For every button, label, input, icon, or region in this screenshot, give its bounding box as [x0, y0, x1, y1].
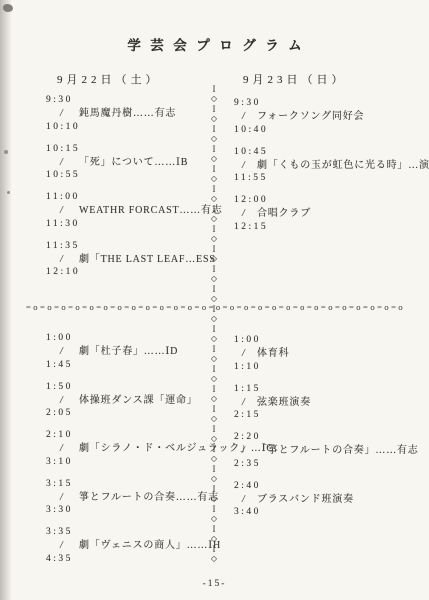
- start-time: 10:45: [232, 146, 424, 159]
- duration-slash-icon: /: [60, 107, 79, 121]
- date-heading-sun: 9月23日（日）: [243, 71, 347, 87]
- end-time: 1:10: [232, 361, 424, 374]
- page-title: 学芸会プログラム: [0, 34, 429, 54]
- program-row: /鈍馬魔丹樹……有志: [44, 107, 216, 121]
- end-time: 2:05: [44, 407, 216, 420]
- end-time: 10:10: [44, 121, 216, 134]
- program-title: 合唱クラブ: [257, 207, 311, 221]
- program-row: /劇「くもの玉が虹色に光る時」…演劇班: [232, 159, 424, 173]
- program-entry: 10:45/劇「くもの玉が虹色に光る時」…演劇班11:55: [232, 146, 424, 186]
- start-time: 1:00: [44, 332, 216, 345]
- start-time: 3:35: [44, 526, 216, 539]
- program-entry: 2:10/劇「シラノ・ド・ベルジュラック」…ⅠC3:10: [44, 429, 216, 469]
- scan-artifact-speck: [7, 191, 10, 194]
- session-sun-morning: 9:30/フォークソング同好会10:4010:45/劇「くもの玉が虹色に光る時」…: [232, 97, 424, 243]
- duration-slash-icon: /: [242, 493, 257, 507]
- end-time: 2:15: [232, 409, 424, 422]
- start-time: 1:15: [232, 383, 424, 396]
- program-entry: 1:00/体育科1:10: [232, 334, 424, 374]
- end-time: 1:45: [44, 359, 216, 372]
- end-time: 3:10: [44, 456, 216, 469]
- program-entry: 10:15/「死」について……ⅠB10:55: [44, 143, 216, 183]
- program-row: /劇「THE LAST LEAF…ESS: [44, 253, 216, 267]
- end-time: 4:35: [44, 553, 216, 566]
- program-row: /箏とフルートの合奏……有志: [44, 491, 216, 505]
- program-entry: 2:40/ブラスバンド班演奏3:40: [232, 480, 424, 520]
- scan-artifact-corner: [3, 4, 13, 12]
- program-title: 劇「くもの玉が虹色に光る時」…演劇班: [257, 159, 429, 173]
- program-title: 体操班ダンス課「運命」: [79, 394, 198, 408]
- program-row: /WEATHR FORCAST……有志: [44, 204, 216, 218]
- program-entry: 9:30/鈍馬魔丹樹……有志10:10: [44, 94, 216, 134]
- program-title: 弦楽班演奏: [257, 396, 311, 410]
- start-time: 2:10: [44, 429, 216, 442]
- session-sat-morning: 9:30/鈍馬魔丹樹……有志10:1010:15/「死」について……ⅠB10:5…: [44, 94, 216, 288]
- duration-slash-icon: /: [60, 491, 79, 505]
- program-row: /「死」について……ⅠB: [44, 156, 216, 170]
- scan-artifact-speck: [4, 150, 8, 154]
- start-time: 11:00: [44, 191, 216, 204]
- program-row: /弦楽班演奏: [232, 396, 424, 410]
- program-entry: 12:00/合唱クラブ12:15: [232, 194, 424, 234]
- program-title: 劇「杜子春」……ⅠD: [79, 345, 178, 359]
- duration-slash-icon: /: [60, 442, 79, 456]
- end-time: 10:40: [232, 124, 424, 137]
- end-time: 2:35: [232, 458, 424, 471]
- program-title: 「箏とフルートの合奏」……有志: [257, 444, 419, 458]
- scan-edge-shadow: [0, 0, 12, 600]
- start-time: 2:20: [232, 431, 424, 444]
- program-row: /体育科: [232, 347, 424, 361]
- program-title: ブラスバンド班演奏: [257, 493, 354, 507]
- page-number: -15-: [0, 579, 429, 589]
- start-time: 11:35: [44, 240, 216, 253]
- start-time: 1:00: [232, 334, 424, 347]
- scanned-program-page: 学芸会プログラム 9月22日（土） 9月23日（日） I◇I◇I◇I◇I◇I◇I…: [0, 0, 429, 600]
- program-row: /フォークソング同好会: [232, 110, 424, 124]
- program-row: /体操班ダンス課「運命」: [44, 394, 216, 408]
- program-title: 鈍馬魔丹樹……有志: [79, 107, 176, 121]
- program-title: 劇「THE LAST LEAF…ESS: [79, 253, 216, 267]
- start-time: 9:30: [232, 97, 424, 110]
- start-time: 2:40: [232, 480, 424, 493]
- divider-diamond-icon: ◇: [211, 314, 217, 324]
- program-entry: 1:00/劇「杜子春」……ⅠD1:45: [44, 332, 216, 372]
- start-time: 10:15: [44, 143, 216, 156]
- duration-slash-icon: /: [242, 396, 257, 410]
- program-row: /劇「杜子春」……ⅠD: [44, 345, 216, 359]
- program-title: 「死」について……ⅠB: [79, 156, 188, 170]
- program-row: /劇「シラノ・ド・ベルジュラック」…ⅠC: [44, 442, 216, 456]
- duration-slash-icon: /: [60, 253, 79, 267]
- end-time: 11:30: [44, 218, 216, 231]
- duration-slash-icon: /: [60, 345, 79, 359]
- duration-slash-icon: /: [242, 347, 257, 361]
- duration-slash-icon: /: [60, 156, 79, 170]
- duration-slash-icon: /: [60, 204, 79, 218]
- session-sun-afternoon: 1:00/体育科1:101:15/弦楽班演奏2:152:20/「箏とフルートの合…: [232, 334, 424, 528]
- duration-slash-icon: /: [60, 394, 79, 408]
- start-time: 3:15: [44, 478, 216, 491]
- program-entry: 11:35/劇「THE LAST LEAF…ESS12:10: [44, 240, 216, 280]
- program-entry: 11:00/WEATHR FORCAST……有志11:30: [44, 191, 216, 231]
- program-row: /劇「ヴェニスの商人」……ⅠH: [44, 539, 216, 553]
- duration-slash-icon: /: [242, 159, 257, 173]
- program-entry: 9:30/フォークソング同好会10:40: [232, 97, 424, 137]
- program-entry: 1:50/体操班ダンス課「運命」2:05: [44, 381, 216, 421]
- duration-slash-icon: /: [242, 207, 257, 221]
- end-time: 12:10: [44, 266, 216, 279]
- program-row: /合唱クラブ: [232, 207, 424, 221]
- start-time: 9:30: [44, 94, 216, 107]
- start-time: 12:00: [232, 194, 424, 207]
- end-time: 3:30: [44, 504, 216, 517]
- duration-slash-icon: /: [242, 110, 257, 124]
- program-entry: 3:15/箏とフルートの合奏……有志3:30: [44, 478, 216, 518]
- program-title: 劇「ヴェニスの商人」……ⅠH: [79, 539, 221, 553]
- program-entry: 3:35/劇「ヴェニスの商人」……ⅠH4:35: [44, 526, 216, 566]
- duration-slash-icon: /: [242, 444, 257, 458]
- divider-bar-icon: I: [213, 84, 216, 94]
- duration-slash-icon: /: [60, 539, 79, 553]
- start-time: 1:50: [44, 381, 216, 394]
- program-title: 箏とフルートの合奏……有志: [79, 491, 219, 505]
- program-row: /「箏とフルートの合奏」……有志: [232, 444, 424, 458]
- program-title: 体育科: [257, 347, 289, 361]
- session-sat-afternoon: 1:00/劇「杜子春」……ⅠD1:451:50/体操班ダンス課「運命」2:052…: [44, 332, 216, 575]
- program-title: WEATHR FORCAST……有志: [79, 204, 223, 218]
- end-time: 3:40: [232, 506, 424, 519]
- end-time: 11:55: [232, 172, 424, 185]
- program-title: フォークソング同好会: [257, 110, 364, 124]
- section-separator: =o=o=o=o=o=o=o=o=o=o=o=o=o=o=o=o=o=o=o=o…: [26, 301, 404, 313]
- end-time: 10:55: [44, 169, 216, 182]
- program-entry: 2:20/「箏とフルートの合奏」……有志2:35: [232, 431, 424, 471]
- program-row: /ブラスバンド班演奏: [232, 493, 424, 507]
- end-time: 12:15: [232, 221, 424, 234]
- program-entry: 1:15/弦楽班演奏2:15: [232, 383, 424, 423]
- date-heading-sat: 9月22日（土）: [57, 71, 161, 87]
